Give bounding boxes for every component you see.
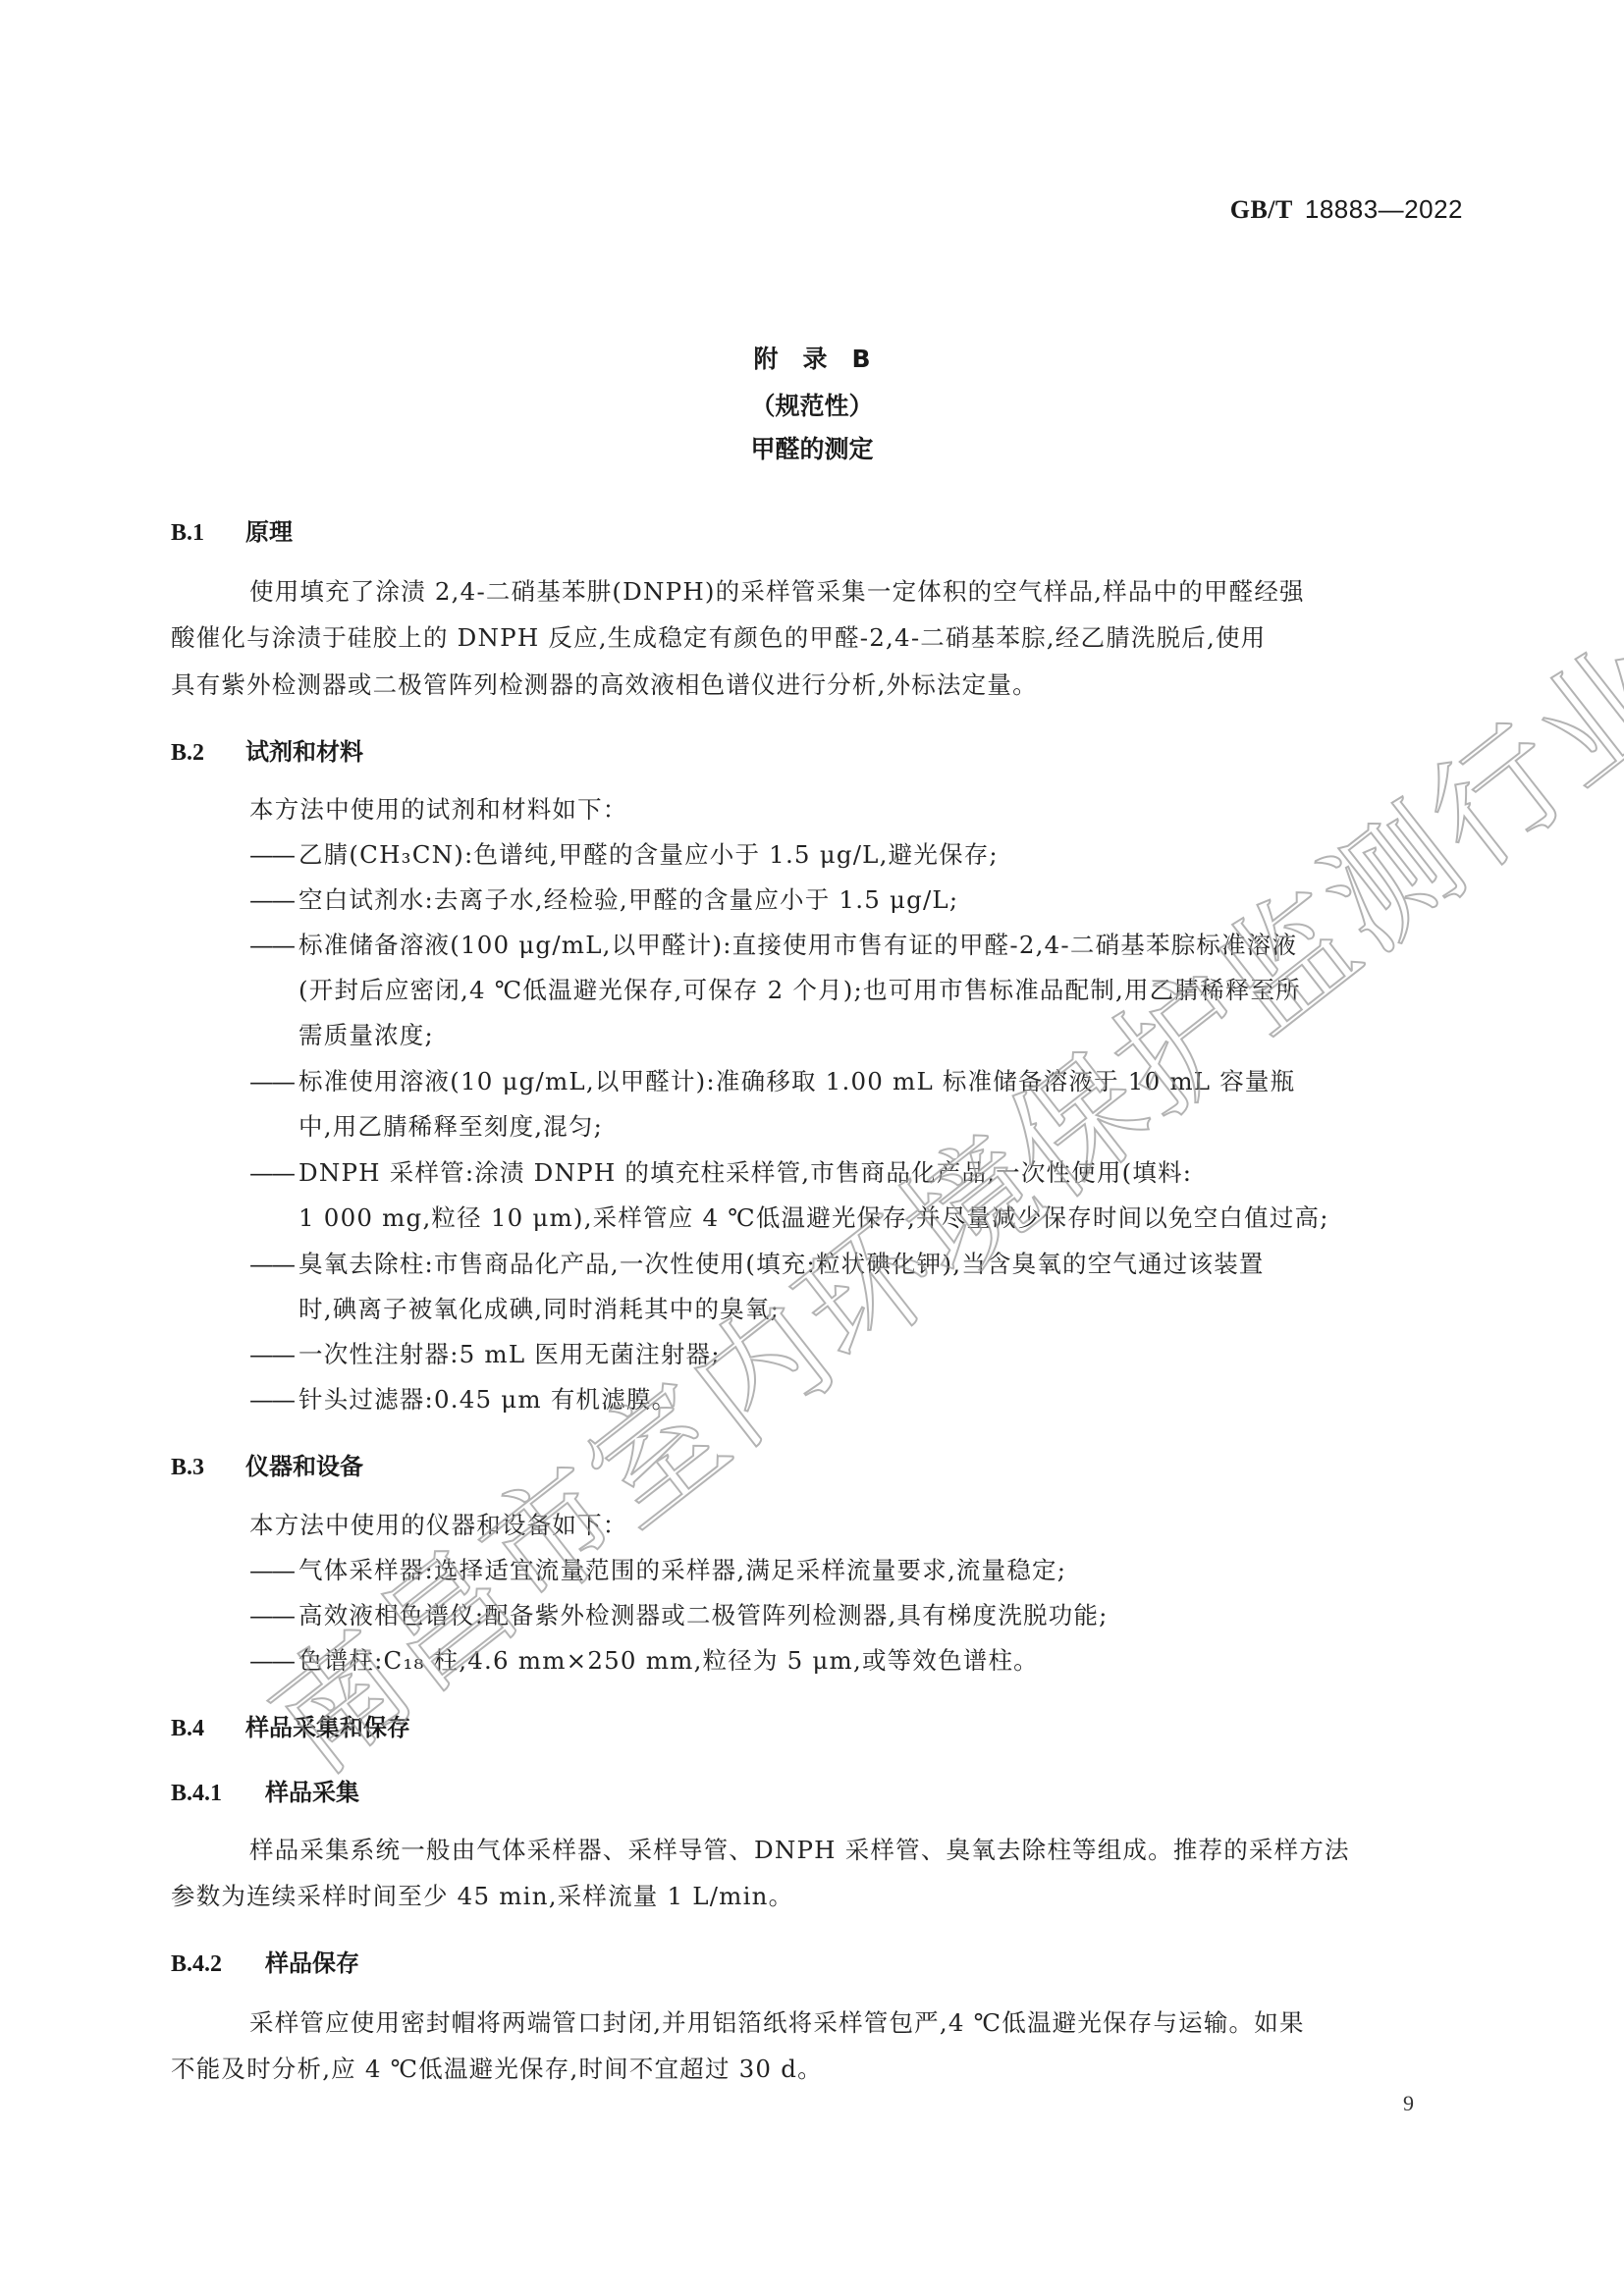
dash-bullet: —— (249, 1646, 298, 1676)
paragraph-line: 不能及时分析,应 4 ℃低温避光保存,时间不宜超过 30 d。 (171, 2055, 823, 2084)
document-page: GB/T18883—2022 附 录 B （规范性） 甲醛的测定 B.1原理 使… (0, 0, 1624, 2296)
section-heading-b4: B.4样品采集和保存 (171, 1708, 410, 1742)
section-heading-b1: B.1原理 (171, 512, 293, 547)
standard-prefix: GB/T (1230, 195, 1293, 224)
section-heading-b4-1: B.4.1样品采集 (171, 1773, 359, 1807)
list-item: ——高效液相色谱仪:配备紫外检测器或二极管阵列检测器,具有梯度洗脱功能; (249, 1601, 1109, 1630)
standard-code: GB/T18883—2022 (1230, 194, 1463, 225)
section-number: B.3 (171, 1455, 245, 1481)
section-number: B.4.1 (171, 1781, 265, 1807)
list-item: ——针头过滤器:0.45 μm 有机滤膜。 (249, 1385, 677, 1415)
list-intro: 本方法中使用的试剂和材料如下： (249, 795, 628, 825)
dash-bullet: —— (249, 931, 298, 960)
paragraph-line: 样品采集系统一般由气体采样器、采样导管、DNPH 采样管、臭氧去除柱等组成。推荐… (249, 1836, 1350, 1865)
section-heading-b2: B.2试剂和材料 (171, 732, 363, 767)
list-item-continuation: 时,碘离子被氧化成碘,同时消耗其中的臭氧; (298, 1295, 780, 1324)
section-title: 样品采集 (265, 1779, 359, 1806)
list-item-continuation: 中,用乙腈稀释至刻度,混匀; (298, 1112, 603, 1142)
dash-bullet: —— (249, 1601, 298, 1630)
dash-bullet: —— (249, 885, 298, 915)
section-number: B.4.2 (171, 1951, 265, 1978)
dash-bullet: —— (249, 1385, 298, 1415)
standard-number: 18883—2022 (1305, 194, 1463, 224)
paragraph-line: 采样管应使用密封帽将两端管口封闭,并用铝箔纸将采样管包严,4 ℃低温避光保存与运… (249, 2008, 1305, 2038)
list-item: ——标准使用溶液(10 μg/mL,以甲醛计):准确移取 1.00 mL 标准储… (249, 1067, 1295, 1096)
list-item: ——DNPH 采样管:涂渍 DNPH 的填充柱采样管,市售商品化产品,一次性使用… (249, 1158, 1192, 1188)
section-title: 样品采集和保存 (245, 1714, 410, 1741)
list-item: ——空白试剂水:去离子水,经检验,甲醛的含量应小于 1.5 μg/L; (249, 885, 958, 915)
list-item: ——臭氧去除柱:市售商品化产品,一次性使用(填充:粒状碘化钾),当含臭氧的空气通… (249, 1250, 1265, 1279)
list-item-continuation: 1 000 mg,粒径 10 μm),采样管应 4 ℃低温避光保存,并尽量减少保… (298, 1203, 1329, 1233)
list-item-continuation: 需质量浓度; (298, 1021, 434, 1050)
list-item: ——标准储备溶液(100 μg/mL,以甲醛计):直接使用市售有证的甲醛-2,4… (249, 931, 1297, 960)
list-item: ——气体采样器:选择适宜流量范围的采样器,满足采样流量要求,流量稳定; (249, 1556, 1066, 1585)
section-title: 原理 (245, 518, 293, 546)
section-title: 仪器和设备 (245, 1453, 363, 1480)
dash-bullet: —— (249, 1067, 298, 1096)
paragraph-line: 使用填充了涂渍 2,4-二硝基苯肼(DNPH)的采样管采集一定体积的空气样品,样… (249, 577, 1305, 607)
list-item: ——一次性注射器:5 mL 医用无菌注射器; (249, 1340, 721, 1369)
dash-bullet: —— (249, 1250, 298, 1279)
paragraph-line: 具有紫外检测器或二极管阵列检测器的高效液相色谱仪进行分析,外标法定量。 (171, 670, 1038, 700)
dash-bullet: —— (249, 840, 298, 870)
list-item: ——乙腈(CH₃CN):色谱纯,甲醛的含量应小于 1.5 μg/L,避光保存; (249, 840, 999, 870)
section-heading-b4-2: B.4.2样品保存 (171, 1944, 359, 1978)
section-number: B.1 (171, 520, 245, 547)
dash-bullet: —— (249, 1158, 298, 1188)
list-item-continuation: (开封后应密闭,4 ℃低温避光保存,可保存 2 个月);也可用市售标准品配制,用… (298, 976, 1301, 1005)
paragraph-line: 酸催化与涂渍于硅胶上的 DNPH 反应,生成稳定有颜色的甲醛-2,4-二硝基苯腙… (171, 623, 1266, 653)
dash-bullet: —— (249, 1340, 298, 1369)
section-number: B.2 (171, 740, 245, 767)
annex-label: 附 录 B (0, 340, 1624, 375)
section-number: B.4 (171, 1716, 245, 1742)
dash-bullet: —— (249, 1556, 298, 1585)
annex-title: 甲醛的测定 (0, 430, 1624, 465)
page-number: 9 (1403, 2091, 1414, 2116)
annex-nature: （规范性） (0, 387, 1624, 422)
section-title: 试剂和材料 (245, 738, 363, 766)
section-title: 样品保存 (265, 1949, 359, 1977)
list-item: ——色谱柱:C₁₈ 柱,4.6 mm×250 mm,粒径为 5 μm,或等效色谱… (249, 1646, 1039, 1676)
section-heading-b3: B.3仪器和设备 (171, 1447, 363, 1481)
list-intro: 本方法中使用的仪器和设备如下： (249, 1511, 628, 1540)
paragraph-line: 参数为连续采样时间至少 45 min,采样流量 1 L/min。 (171, 1882, 793, 1911)
